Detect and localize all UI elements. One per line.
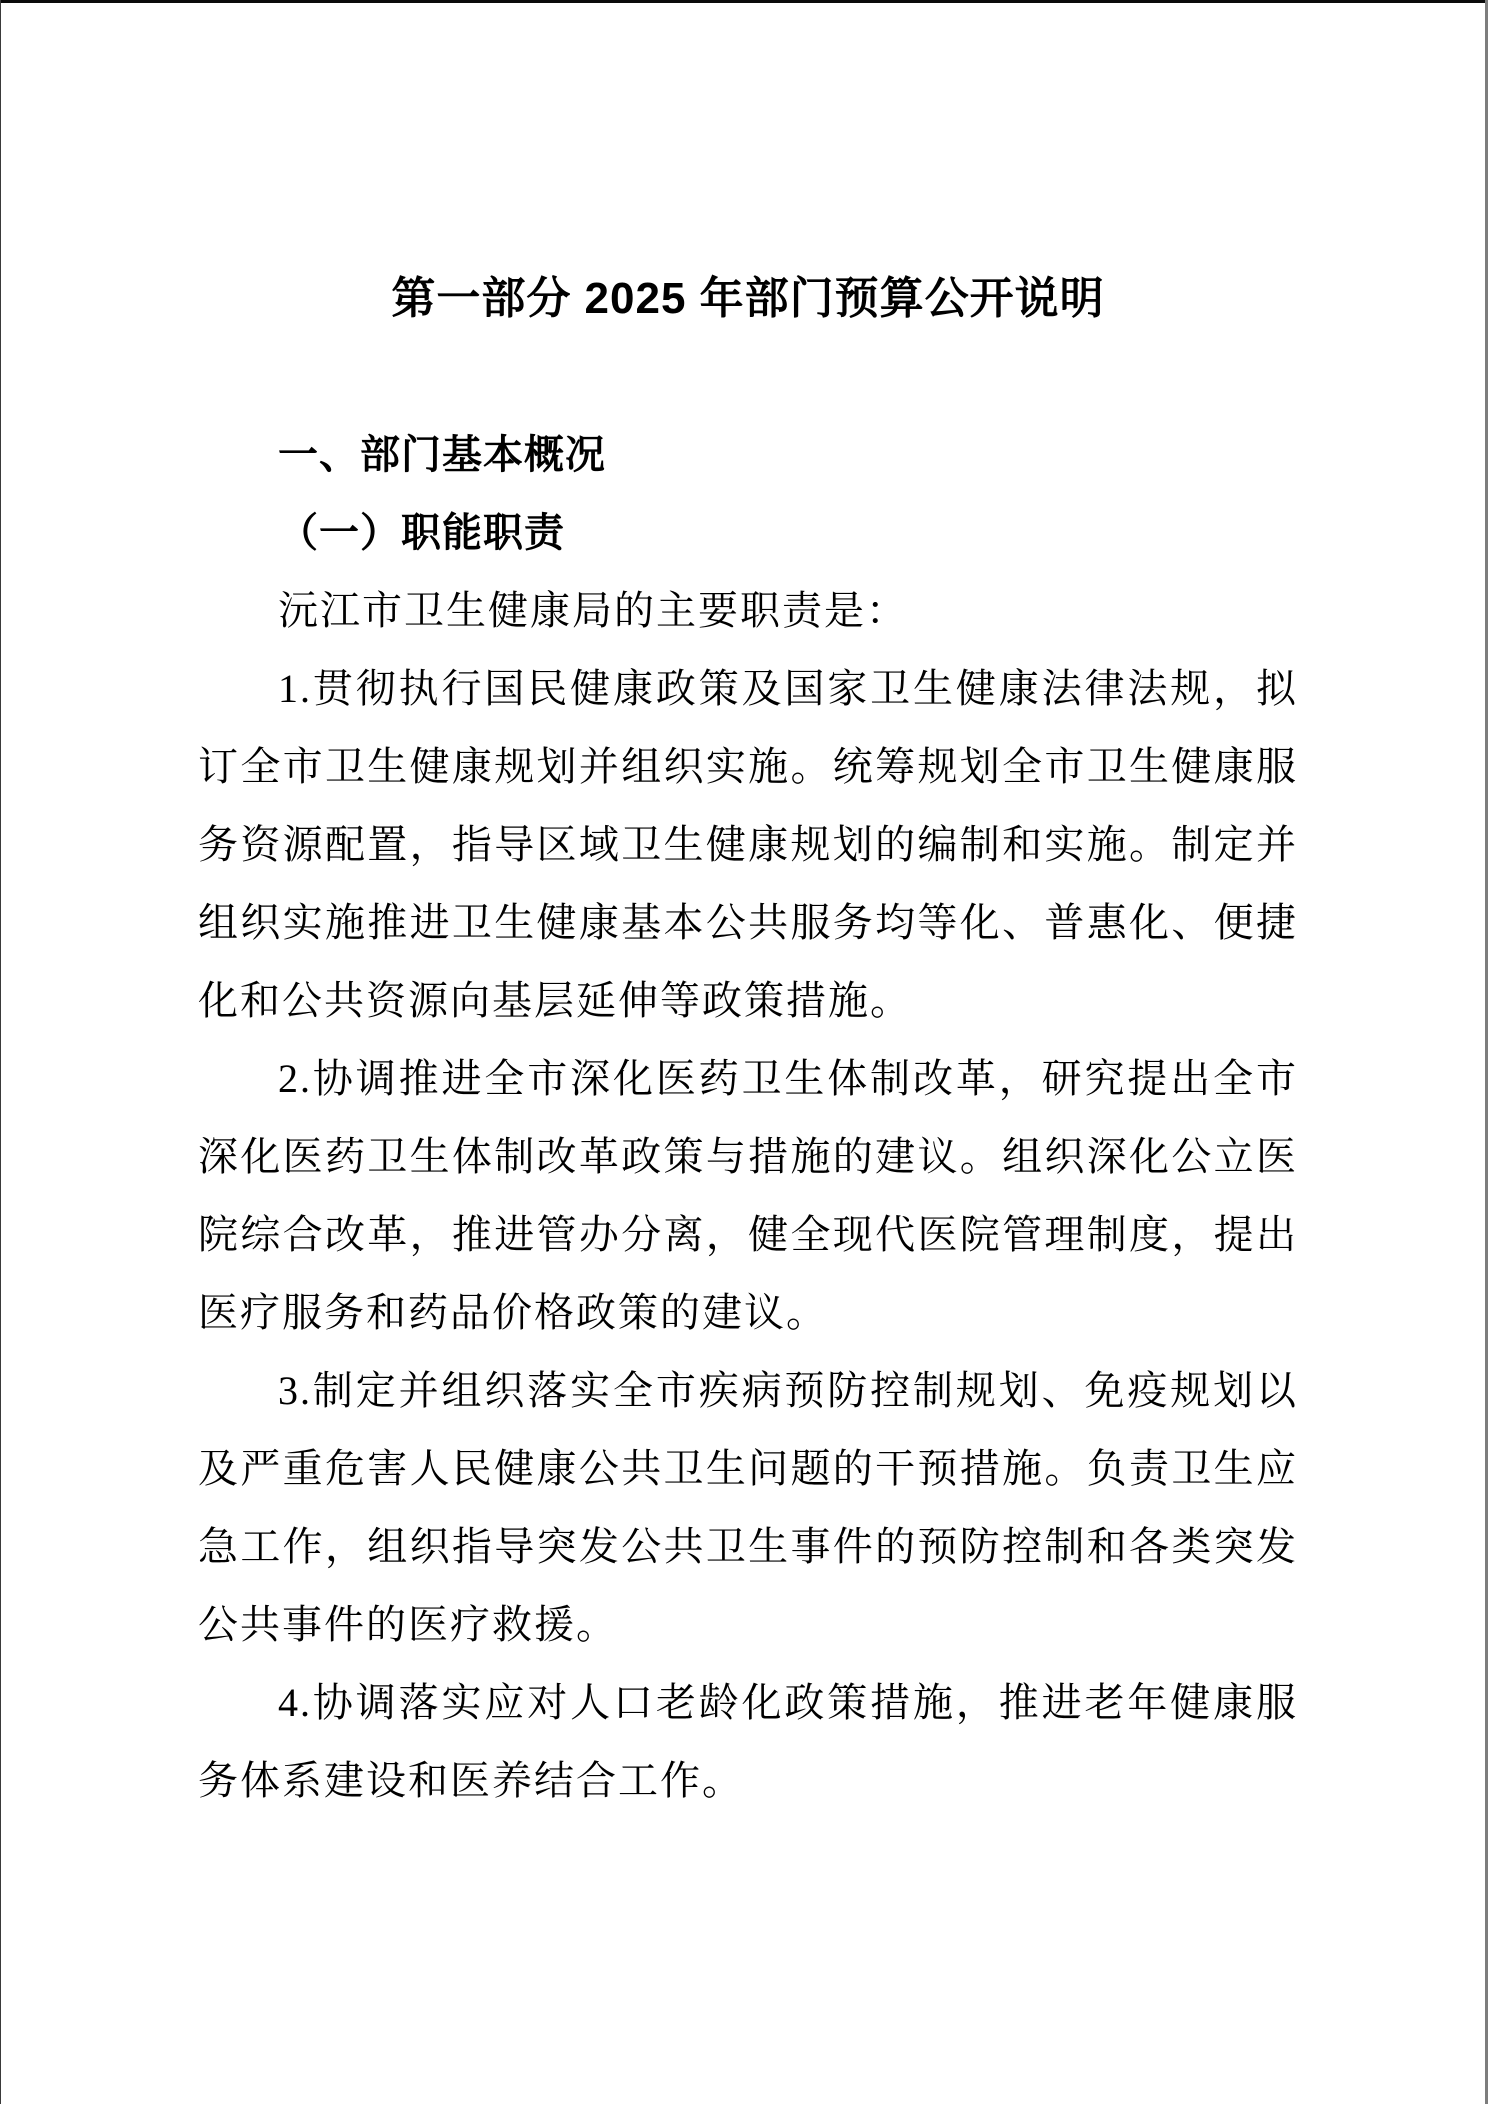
page-title: 第一部分 2025 年部门预算公开说明 xyxy=(198,254,1298,344)
section-heading: 一、部门基本概况 xyxy=(198,416,1298,494)
sub-heading: （一）职能职责 xyxy=(198,494,1298,572)
paragraph-duty-3: 3.制定并组织落实全市疾病预防控制规划、免疫规划以及严重危害人民健康公共卫生问题… xyxy=(198,1352,1298,1664)
paragraph-duty-2: 2.协调推进全市深化医药卫生体制改革，研究提出全市深化医药卫生体制改革政策与措施… xyxy=(198,1040,1298,1352)
body-text: 沅江市卫生健康局的主要职责是： 1.贯彻执行国民健康政策及国家卫生健康法律法规，… xyxy=(198,572,1298,1820)
page-top-border xyxy=(0,0,1488,3)
page-left-border xyxy=(0,0,1,2104)
document-page: 第一部分 2025 年部门预算公开说明 一、部门基本概况 （一）职能职责 沅江市… xyxy=(0,0,1488,2104)
intro-line: 沅江市卫生健康局的主要职责是： xyxy=(198,572,1298,650)
paragraph-duty-1: 1.贯彻执行国民健康政策及国家卫生健康法律法规，拟订全市卫生健康规划并组织实施。… xyxy=(198,650,1298,1040)
paragraph-duty-4: 4.协调落实应对人口老龄化政策措施，推进老年健康服务体系建设和医养结合工作。 xyxy=(198,1664,1298,1820)
title-spacer xyxy=(198,344,1298,416)
document-content: 第一部分 2025 年部门预算公开说明 一、部门基本概况 （一）职能职责 沅江市… xyxy=(198,254,1298,1820)
